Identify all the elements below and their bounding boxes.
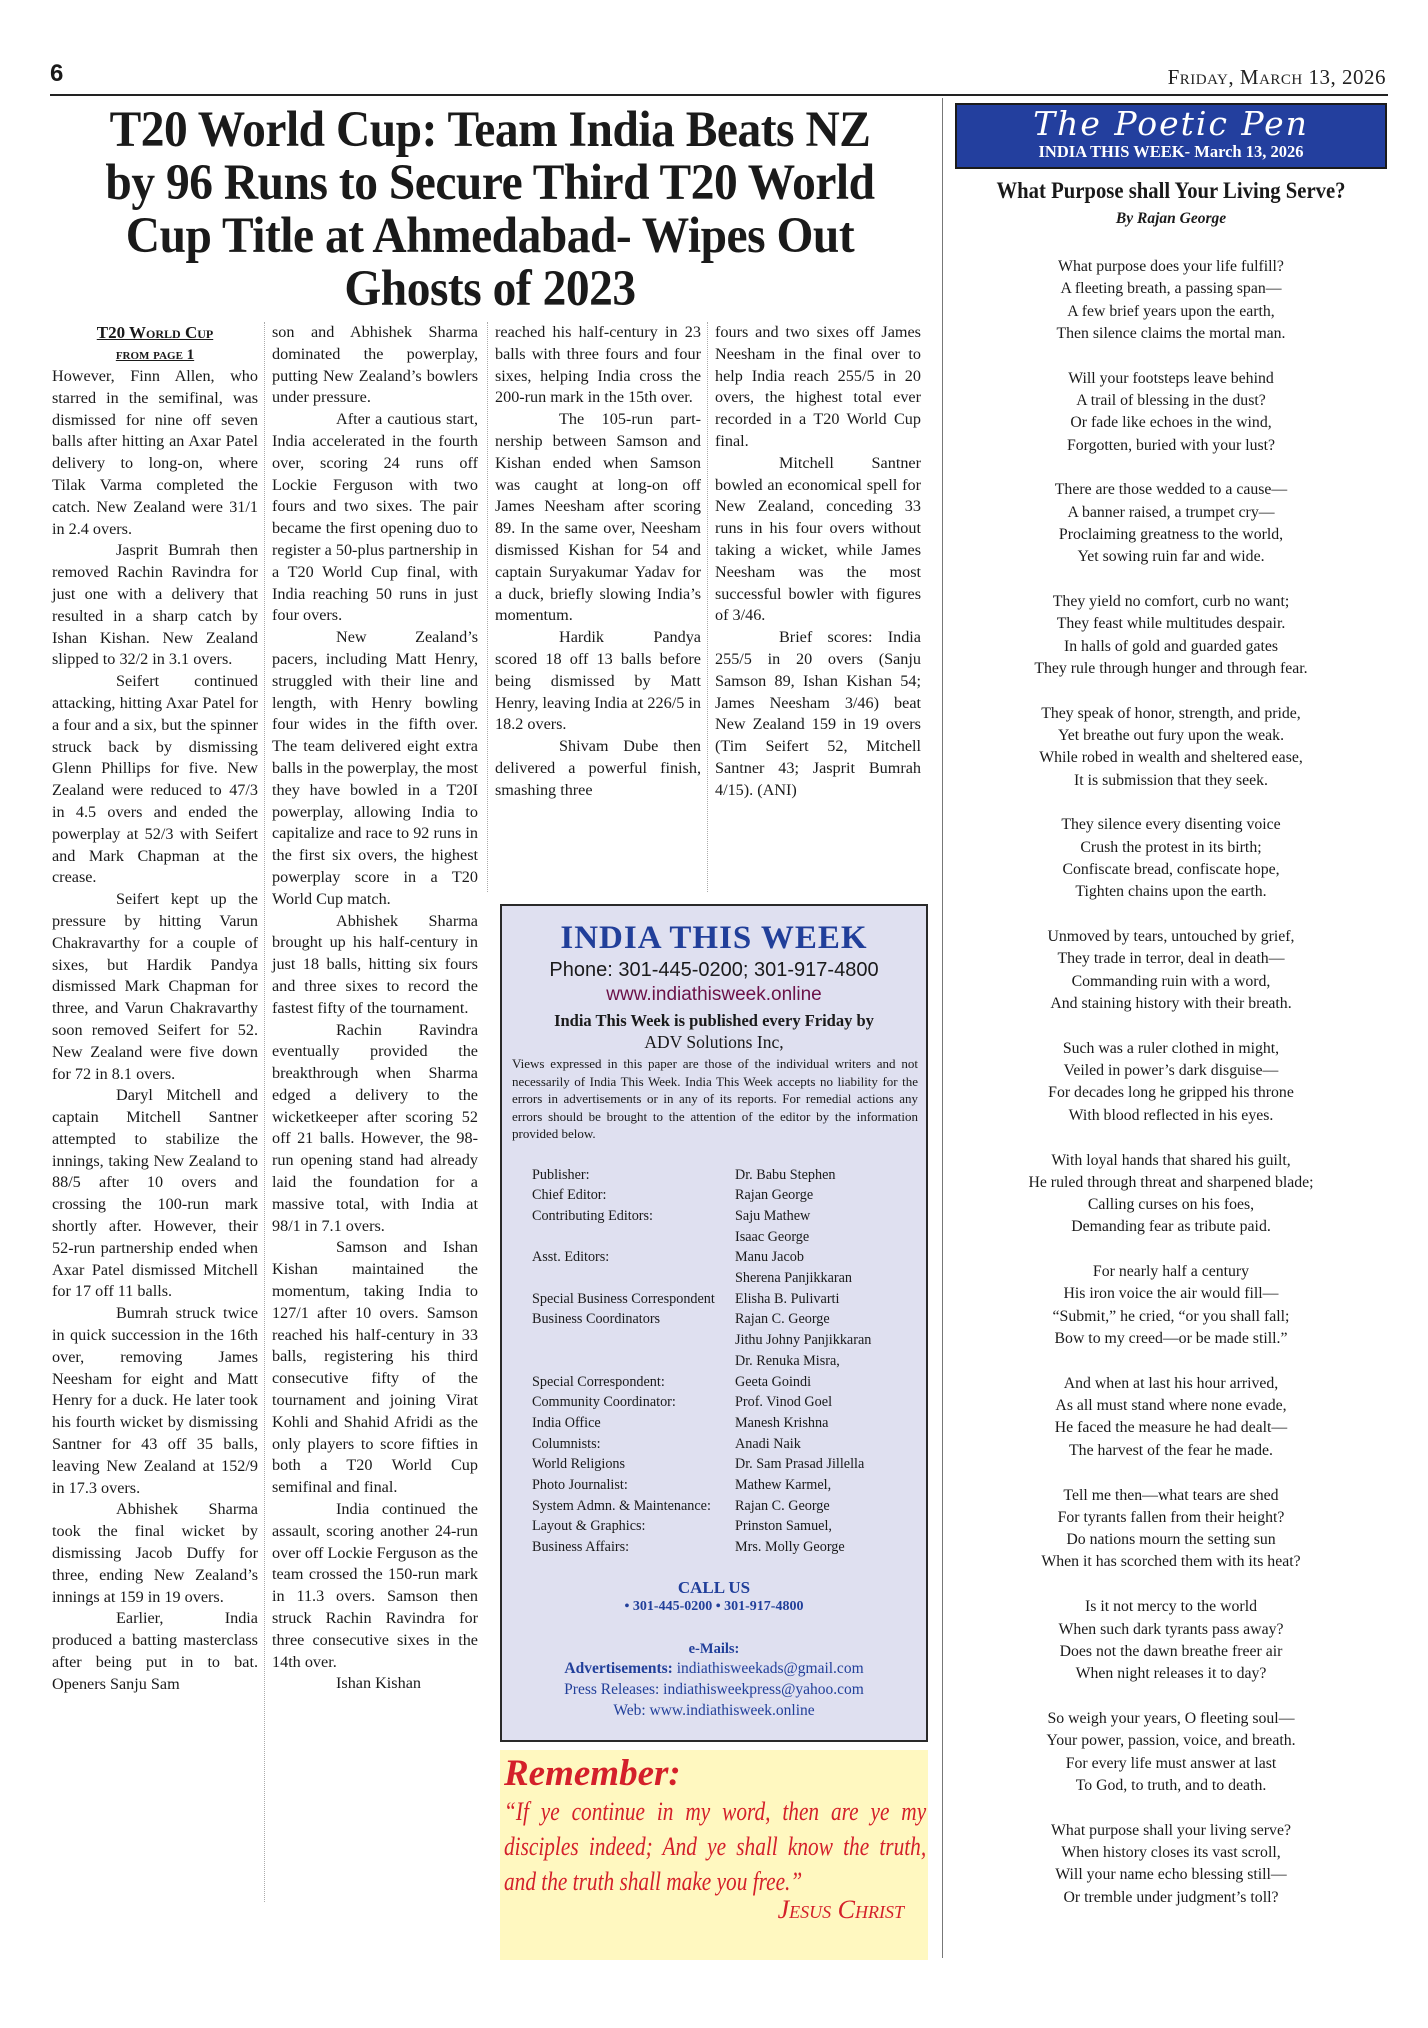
article-headline: T20 World Cup: Team India Beats NZ by 96… [81, 104, 899, 316]
poem-line: They speak of honor, strength, and pride… [955, 703, 1387, 725]
staff-name: Geeta Goindi [735, 1372, 811, 1393]
staff-name: Saju Mathew [735, 1206, 810, 1227]
poem-line: For every life must answer at last [955, 1753, 1387, 1775]
remember-attribution: Jesus Christ [504, 1895, 904, 1925]
column-rule [707, 322, 708, 892]
staff-row: Special Business Correspondent Elisha B.… [532, 1289, 926, 1310]
publisher-company: ADV Solutions Inc, [502, 1032, 926, 1053]
poem-line: Unmoved by tears, untouched by grief, [955, 926, 1387, 948]
staff-role: Business Affairs: [532, 1537, 735, 1558]
poem-line: Is it not mercy to the world [955, 1596, 1387, 1618]
poem-line: A trail of blessing in the dust? [955, 390, 1387, 412]
staff-role [532, 1351, 735, 1372]
poem-line: Tell me then—what tears are shed [955, 1485, 1387, 1507]
staff-row: Isaac George [532, 1227, 926, 1248]
column-divider [942, 98, 943, 1958]
poem-stanza: They yield no comfort, curb no want;They… [955, 591, 1387, 680]
poem-line: For nearly half a century [955, 1261, 1387, 1283]
article-paragraph: Mitchell Santner bowled an economical sp… [715, 453, 921, 627]
staff-row: Sherena Panjikkaran [532, 1268, 926, 1289]
staff-name: Rajan C. George [735, 1496, 830, 1517]
poem-line: And when at last his hour arrived, [955, 1373, 1387, 1395]
staff-row: Publisher:Dr. Babu Stephen [532, 1165, 926, 1186]
staff-role [532, 1330, 735, 1351]
article-kicker: T20 World Cup [52, 322, 258, 344]
staff-role [532, 1227, 735, 1248]
article-paragraph: Brief scores: In­dia 255/5 in 20 overs (… [715, 627, 921, 801]
staff-role: Community Coordinator: [532, 1392, 735, 1413]
poem-line: A few brief years upon the earth, [955, 301, 1387, 323]
poem-body: What purpose does your life fulfill?A fl… [955, 256, 1387, 1931]
staff-name: Isaac George [735, 1227, 809, 1248]
article-paragraph: Abhishek Shar­ma took the final wicket b… [52, 1499, 258, 1608]
poem-line: Then silence claims the mortal man. [955, 323, 1387, 345]
poem-line: For tyrants fallen from their height? [955, 1507, 1387, 1529]
staff-name: Rajan George [735, 1185, 813, 1206]
article-paragraph: Ishan Kishan [272, 1673, 478, 1695]
masthead-info-box: INDIA THIS WEEK Phone: 301-445-0200; 301… [500, 904, 928, 1742]
poem-line: What purpose does your life fulfill? [955, 256, 1387, 278]
page-number: 6 [50, 60, 63, 88]
poem-stanza: They silence every disenting voiceCrush … [955, 814, 1387, 903]
staff-row: World ReligionsDr. Sam Prasad Jillella [532, 1454, 926, 1475]
poem-title: What Purpose shall Your Living Serve? [977, 178, 1366, 204]
brand-name: INDIA THIS WEEK [502, 920, 926, 957]
article-paragraph: Bumrah struck twice in quick succession … [52, 1303, 258, 1499]
poem-line: Does not the dawn breathe freer air [955, 1641, 1387, 1663]
staff-name: Anadi Naik [735, 1434, 801, 1455]
poem-stanza: So weigh your years, O fleeting soul—You… [955, 1708, 1387, 1797]
staff-role: Photo Journalist: [532, 1475, 735, 1496]
article-paragraph: Seifert continued attacking, hitting Axa… [52, 671, 258, 889]
article-paragraph: India continued the assault, scoring ano… [272, 1499, 478, 1673]
poem-line: To God, to truth, and to death. [955, 1775, 1387, 1797]
staff-row: Dr. Renuka Misra, [532, 1351, 926, 1372]
staff-role: Contributing Editors: [532, 1206, 735, 1227]
staff-role: Chief Editor: [532, 1185, 735, 1206]
poem-line: Veiled in power’s dark disguise— [955, 1060, 1387, 1082]
poem-line: When such dark tyrants pass away? [955, 1619, 1387, 1641]
column-paragraphs: However, Finn Allen, who starred in the … [52, 366, 258, 1696]
poem-stanza: They speak of honor, strength, and pride… [955, 703, 1387, 792]
staff-row: Business CoordinatorsRajan C. George [532, 1309, 926, 1330]
article-paragraph: New Zealand’s pacers, including Matt Hen… [272, 627, 478, 910]
poem-byline: By Rajan George [955, 210, 1387, 228]
poetic-pen-subtitle: INDIA THIS WEEK- March 13, 2026 [957, 142, 1385, 162]
poem-line: With loyal hands that shared his guilt, [955, 1150, 1387, 1172]
poem-line: They trade in terror, deal in death— [955, 948, 1387, 970]
staff-role: Special Correspondent: [532, 1372, 735, 1393]
remember-title: Remember: [504, 1754, 926, 1794]
poetic-pen-title: The Poetic Pen [957, 106, 1385, 142]
ads-email-label: Advertisements: [564, 1660, 672, 1677]
poem-line: They feast while multitudes despair. [955, 613, 1387, 635]
poem-line: Will your name echo blessing still— [955, 1864, 1387, 1886]
staff-row: Business Affairs:Mrs. Molly George [532, 1537, 926, 1558]
poem-line: Or tremble under judgment’s toll? [955, 1887, 1387, 1909]
poem-line: When history closes its vast scroll, [955, 1842, 1387, 1864]
article-paragraph: Daryl Mitchell and captain Mitchell Sant… [52, 1085, 258, 1303]
staff-name: Prinston Samuel, [735, 1516, 832, 1537]
staff-name: Rajan C. George [735, 1309, 830, 1330]
staff-role [532, 1268, 735, 1289]
poem-line: Calling curses on his foes, [955, 1194, 1387, 1216]
call-us-numbers: • 301-445-0200 • 301-917-4800 [502, 1599, 926, 1615]
poem-line: Will your footsteps leave behind [955, 368, 1387, 390]
article-column-4: fours and two sixes off James Neesham in… [715, 322, 921, 802]
poem-line: Commanding ruin with a word, [955, 971, 1387, 993]
poem-line: Confiscate bread, confiscate hope, [955, 859, 1387, 881]
staff-role: Layout & Graphics: [532, 1516, 735, 1537]
poem-line: Such was a ruler clothed in might, [955, 1038, 1387, 1060]
staff-row: Special Correspondent:Geeta Goindi [532, 1372, 926, 1393]
article-paragraph: Jasprit Bum­rah then removed Rachin Ravi… [52, 540, 258, 671]
poem-line: Tighten chains upon the earth. [955, 881, 1387, 903]
article-paragraph: After a cautious start, India accelerate… [272, 409, 478, 627]
poem-line: Or fade like echoes in the wind, [955, 412, 1387, 434]
staff-role: Asst. Editors: [532, 1247, 735, 1268]
poem-line: Yet sowing ruin far and wide. [955, 546, 1387, 568]
poem-line: For decades long he gripped his throne [955, 1082, 1387, 1104]
article-paragraph: However, Finn Allen, who starred in the … [52, 366, 258, 540]
staff-name: Jithu Johny Panjikkaran [735, 1330, 871, 1351]
phone-numbers: Phone: 301-445-0200; 301-917-4800 [502, 959, 926, 982]
staff-row: Community Coordinator:Prof. Vinod Goel [532, 1392, 926, 1413]
staff-name: Dr. Sam Prasad Jillella [735, 1454, 864, 1475]
poem-line: When it has scorched them with its heat? [955, 1551, 1387, 1573]
staff-name: Dr. Babu Stephen [735, 1165, 835, 1186]
poem-stanza: Is it not mercy to the worldWhen such da… [955, 1596, 1387, 1685]
poem-line: They rule through hunger and through fea… [955, 658, 1387, 680]
article-paragraph: Abhishek Sharma brought up his half-cent… [272, 911, 478, 1020]
poem-stanza: With loyal hands that shared his guilt,H… [955, 1150, 1387, 1239]
poem-stanza: What purpose does your life fulfill?A fl… [955, 256, 1387, 345]
disclaimer: Views expressed in this paper are those … [502, 1053, 926, 1143]
article-paragraph: Earlier, India produced a batting master… [52, 1608, 258, 1695]
ads-email-line: Advertisements: indiathisweekads@gmail.c… [502, 1658, 926, 1679]
poem-line: They yield no comfort, curb no want; [955, 591, 1387, 613]
poem-line: In halls of gold and guarded gates [955, 636, 1387, 658]
staff-role: Business Coordinators [532, 1309, 735, 1330]
poem-line: As all must stand where none evade, [955, 1395, 1387, 1417]
staff-row: Chief Editor:Rajan George [532, 1185, 926, 1206]
staff-name: Manu Jacob [735, 1247, 804, 1268]
call-us-heading: CALL US [502, 1578, 926, 1598]
poem-stanza: There are those wedded to a cause—A bann… [955, 479, 1387, 568]
poem-stanza: For nearly half a centuryHis iron voice … [955, 1261, 1387, 1350]
poem-line: When night releases it to day? [955, 1663, 1387, 1685]
poem-stanza: And when at last his hour arrived,As all… [955, 1373, 1387, 1462]
column-paragraphs: son and Abhishek Sharma dominated the po… [272, 322, 478, 1695]
staff-name: Sherena Panjikkaran [735, 1268, 852, 1289]
staff-row: India OfficeManesh Krishna [532, 1413, 926, 1434]
press-email-link[interactable]: Press Releases: indiathisweekpress@yahoo… [502, 1679, 926, 1700]
article-paragraph: reached his half-century in 23 balls wit… [495, 322, 701, 409]
staff-row: Columnists:Anadi Naik [532, 1434, 926, 1455]
poem-stanza: Tell me then—what tears are shedFor tyra… [955, 1485, 1387, 1574]
column-rule [487, 322, 488, 892]
staff-row: Photo Journalist:Mathew Karmel, [532, 1475, 926, 1496]
top-rule-divider [50, 94, 1388, 96]
poem-line: Yet breathe out fury upon the weak. [955, 725, 1387, 747]
poem-line: They silence every disenting voice [955, 814, 1387, 836]
poem-line: A banner raised, a trumpet cry— [955, 502, 1387, 524]
poem-line: So weigh your years, O fleeting soul— [955, 1708, 1387, 1730]
poem-line: Proclaiming greatness to the world, [955, 524, 1387, 546]
staff-row: Asst. Editors:Manu Jacob [532, 1247, 926, 1268]
column-rule [264, 322, 265, 1902]
ads-email-link[interactable]: indiathisweekads@gmail.com [677, 1660, 864, 1677]
poem-stanza: Unmoved by tears, untouched by grief,The… [955, 926, 1387, 1015]
poem-line: Your power, passion, voice, and breath. [955, 1730, 1387, 1752]
column-paragraphs: fours and two sixes off James Neesham in… [715, 322, 921, 802]
poem-line: While robed in wealth and sheltered ease… [955, 747, 1387, 769]
poem-line: His iron voice the air would fill— [955, 1283, 1387, 1305]
article-column-2: son and Abhishek Sharma dominated the po… [272, 322, 478, 1695]
article-column-1: T20 World Cup from page 1 However, Finn … [52, 322, 258, 1696]
article-paragraph: son and Abhishek Sharma dominated the po… [272, 322, 478, 409]
staff-name: Mrs. Molly George [735, 1537, 845, 1558]
poem-line: It is submission that they seek. [955, 770, 1387, 792]
poem-line: A fleeting breath, a passing span— [955, 278, 1387, 300]
poetic-pen-banner: The Poetic Pen INDIA THIS WEEK- March 13… [955, 103, 1387, 169]
poem-line: He ruled through threat and sharpened bl… [955, 1172, 1387, 1194]
poem-line: There are those wedded to a cause— [955, 479, 1387, 501]
poem-line: He faced the measure he had dealt— [955, 1417, 1387, 1439]
poem-stanza: Will your footsteps leave behindA trail … [955, 368, 1387, 457]
staff-row: System Admn. & Maintenance:Rajan C. Geor… [532, 1496, 926, 1517]
staff-role: Special Business Correspondent [532, 1289, 735, 1310]
article-paragraph: Hardik Pandya scored 18 off 13 balls be­… [495, 627, 701, 736]
article-paragraph: fours and two sixes off James Neesham in… [715, 322, 921, 453]
poem-line: The harvest of the fear he made. [955, 1440, 1387, 1462]
staff-row: Contributing Editors:Saju Mathew [532, 1206, 926, 1227]
staff-role: System Admn. & Maintenance: [532, 1496, 735, 1517]
staff-name: Elisha B. Pulivarti [735, 1289, 839, 1310]
staff-role: India Office [532, 1413, 735, 1434]
poem-line: Forgotten, buried with your lust? [955, 435, 1387, 457]
poem-line: “Submit,” he cried, “or you shall fall; [955, 1306, 1387, 1328]
article-paragraph: Seifert kept up the pressure by hitting … [52, 889, 258, 1085]
poem-line: With blood reflected in his eyes. [955, 1105, 1387, 1127]
poem-line: Bow to my creed—or be made still.” [955, 1328, 1387, 1350]
poem-line: Crush the protest in its birth; [955, 837, 1387, 859]
continued-from-label: from page 1 [52, 344, 258, 366]
web-link[interactable]: Web: www.indiathisweek.online [502, 1700, 926, 1721]
staff-list: Publisher:Dr. Babu StephenChief Editor:R… [532, 1165, 926, 1558]
staff-role: Publisher: [532, 1165, 735, 1186]
article-paragraph: Samson and Is­han Kishan maintained the … [272, 1237, 478, 1499]
website-link[interactable]: www.indiathisweek.online [502, 984, 926, 1006]
emails-heading: e-Mails: [502, 1641, 926, 1658]
staff-name: Manesh Krishna [735, 1413, 828, 1434]
poem-stanza: What purpose shall your living serve?Whe… [955, 1820, 1387, 1909]
poem-line: Do nations mourn the setting sun [955, 1529, 1387, 1551]
staff-name: Mathew Karmel, [735, 1475, 831, 1496]
staff-role: Columnists: [532, 1434, 735, 1455]
poem-line: And staining history with their breath. [955, 993, 1387, 1015]
article-paragraph: The 105-run part­nership between Samson … [495, 409, 701, 627]
column-paragraphs: reached his half-century in 23 balls wit… [495, 322, 701, 802]
staff-name: Prof. Vinod Goel [735, 1392, 832, 1413]
staff-name: Dr. Renuka Misra, [735, 1351, 840, 1372]
poem-line: Demanding fear as tribute paid. [955, 1216, 1387, 1238]
staff-role: World Religions [532, 1454, 735, 1475]
article-column-3: reached his half-century in 23 balls wit… [495, 322, 701, 802]
staff-row: Jithu Johny Panjikkaran [532, 1330, 926, 1351]
staff-row: Layout & Graphics:Prinston Samuel, [532, 1516, 926, 1537]
article-paragraph: Rachin Ravindra eventually provided the … [272, 1020, 478, 1238]
remember-quote: “If ye continue in my word, then are ye … [504, 1794, 926, 1899]
poem-line: What purpose shall your living serve? [955, 1820, 1387, 1842]
article-paragraph: Shivam Dube then delivered a power­ful f… [495, 736, 701, 801]
poem-stanza: Such was a ruler clothed in might,Veiled… [955, 1038, 1387, 1127]
issue-date: Friday, March 13, 2026 [1168, 65, 1386, 90]
remember-quote-box: Remember: “If ye continue in my word, th… [500, 1750, 928, 1960]
publication-note: India This Week is published every Frida… [502, 1011, 926, 1031]
